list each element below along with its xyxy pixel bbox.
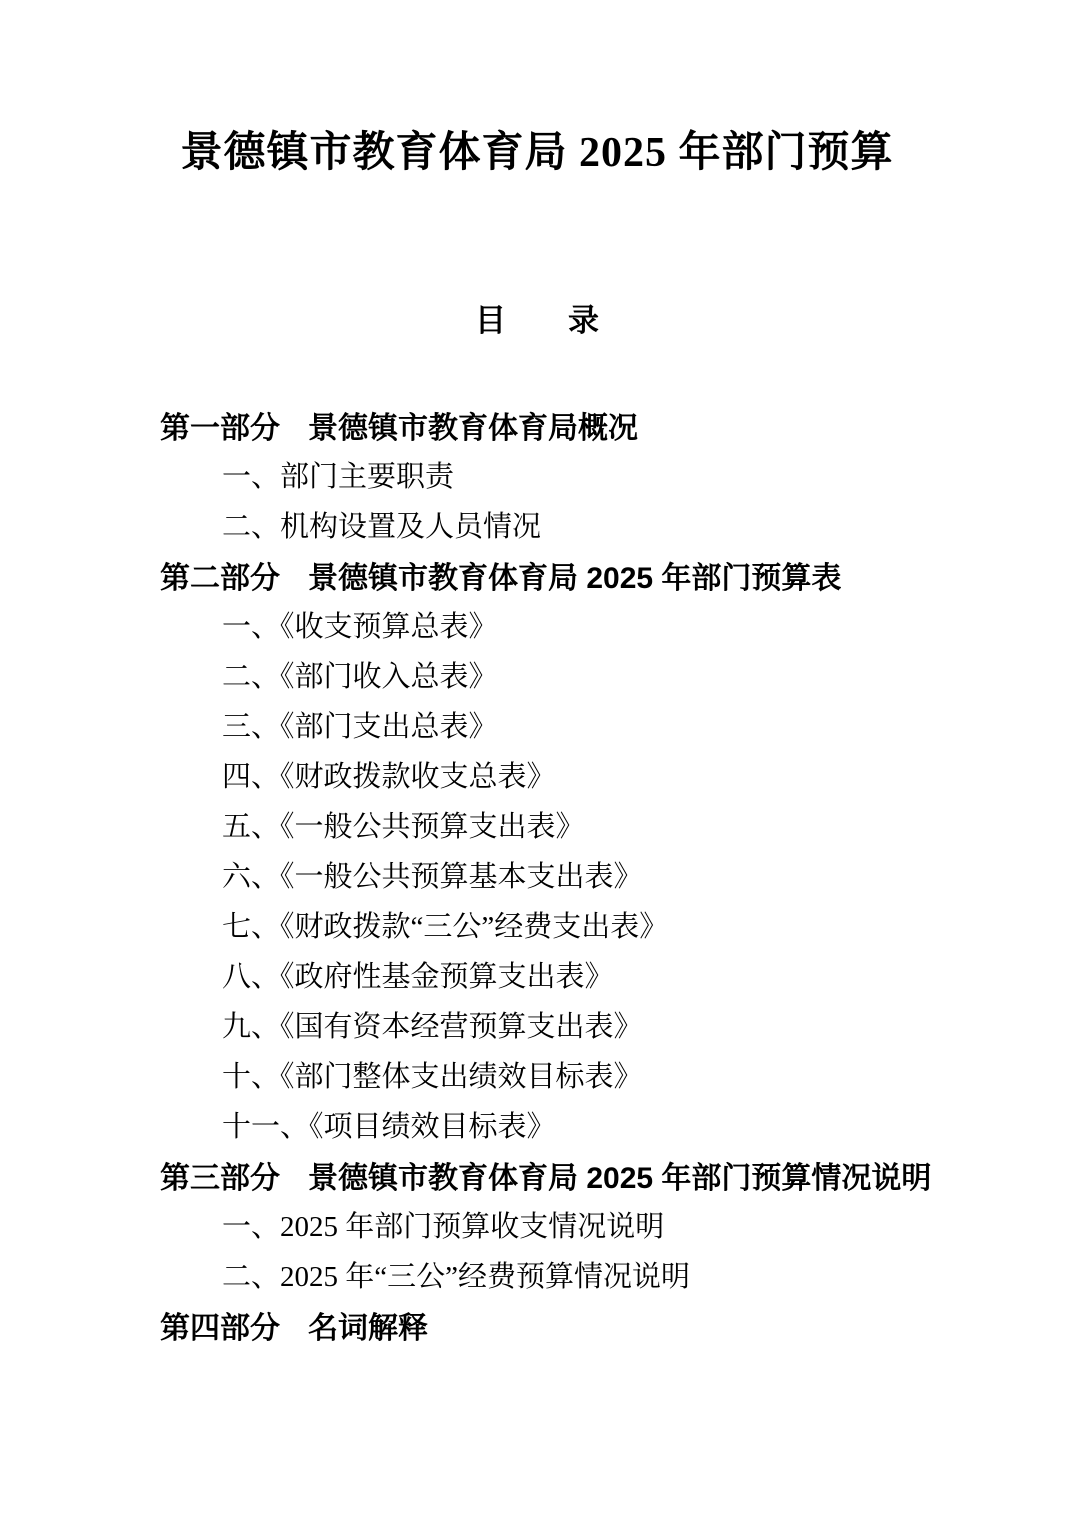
toc-section-2-title: 景德镇市教育体育局 2025 年部门预算表 [308, 553, 841, 597]
toc-item: 九、《国有资本经营预算支出表》 [0, 1000, 1074, 1050]
table-of-contents: 第一部分 景德镇市教育体育局概况 一、部门主要职责 二、机构设置及人员情况 第二… [0, 400, 1074, 1350]
toc-item: 十一、《项目绩效目标表》 [0, 1100, 1074, 1150]
toc-item: 三、《部门支出总表》 [0, 700, 1074, 750]
toc-item: 七、《财政拨款“三公”经费支出表》 [0, 900, 1074, 950]
toc-section-heading-3: 第三部分 景德镇市教育体育局 2025 年部门预算情况说明 [0, 1150, 1074, 1200]
toc-section-3-title: 景德镇市教育体育局 2025 年部门预算情况说明 [308, 1153, 931, 1197]
toc-item: 一、部门主要职责 [0, 450, 1074, 500]
toc-item: 二、《部门收入总表》 [0, 650, 1074, 700]
toc-item: 八、《政府性基金预算支出表》 [0, 950, 1074, 1000]
toc-item: 六、《一般公共预算基本支出表》 [0, 850, 1074, 900]
toc-item: 四、《财政拨款收支总表》 [0, 750, 1074, 800]
toc-section-1-title: 景德镇市教育体育局概况 [308, 403, 638, 447]
toc-section-heading-4: 第四部分 名词解释 [0, 1300, 1074, 1350]
toc-item: 一、《收支预算总表》 [0, 600, 1074, 650]
toc-item: 一、2025 年部门预算收支情况说明 [0, 1200, 1074, 1250]
toc-item: 五、《一般公共预算支出表》 [0, 800, 1074, 850]
toc-heading: 目 录 [0, 302, 1074, 339]
toc-item: 十、《部门整体支出绩效目标表》 [0, 1050, 1074, 1100]
toc-item: 二、2025 年“三公”经费预算情况说明 [0, 1250, 1074, 1300]
toc-section-3-label: 第三部分 [160, 1153, 280, 1197]
toc-section-2-label: 第二部分 [160, 553, 280, 597]
toc-section-heading-1: 第一部分 景德镇市教育体育局概况 [0, 400, 1074, 450]
toc-item: 二、机构设置及人员情况 [0, 500, 1074, 550]
toc-section-4-title: 名词解释 [308, 1303, 428, 1347]
toc-section-4-label: 第四部分 [160, 1303, 280, 1347]
document-page: 景德镇市教育体育局 2025 年部门预算 目 录 第一部分 景德镇市教育体育局概… [0, 0, 1074, 1520]
document-title: 景德镇市教育体育局 2025 年部门预算 [0, 128, 1074, 178]
toc-section-heading-2: 第二部分 景德镇市教育体育局 2025 年部门预算表 [0, 550, 1074, 600]
toc-section-1-label: 第一部分 [160, 403, 280, 447]
